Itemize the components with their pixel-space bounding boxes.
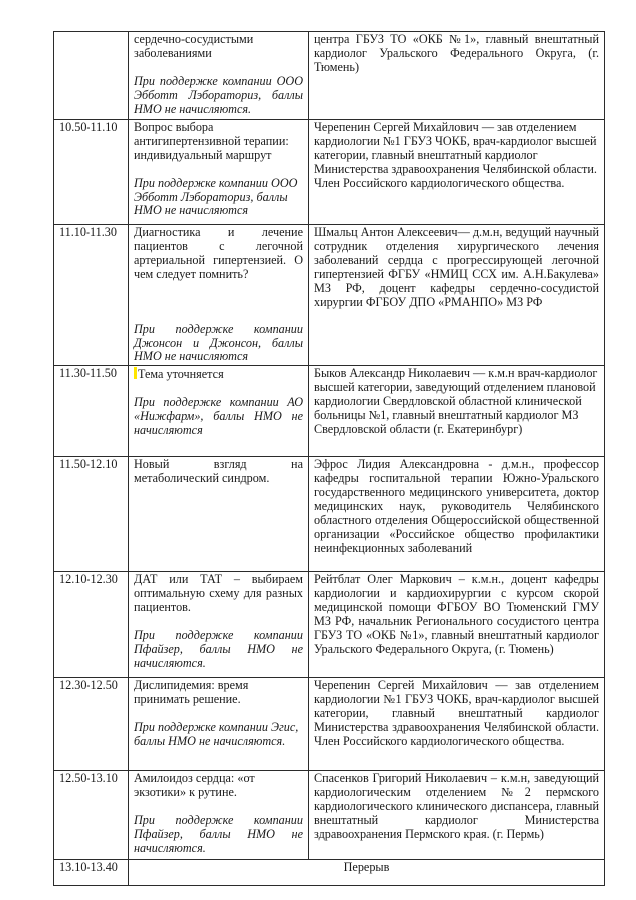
topic-cell: Диагностика и лечение пациентов с легочн…: [129, 225, 309, 366]
sponsor-note: При поддержке компании Джонсон и Джонсон…: [134, 323, 303, 365]
speaker-info: Быков Александр Николаевич — к.м.н врач-…: [314, 367, 599, 437]
time-cell: [54, 32, 129, 120]
table-row: 11.10-11.30 Диагностика и лечение пациен…: [54, 225, 605, 366]
time-cell: 11.50-12.10: [54, 457, 129, 572]
topic-cell: ДАТ или ТАТ – выбираем оптимальную схему…: [129, 572, 309, 678]
speaker-info: Рейтблат Олег Маркович – к.м.н., доцент …: [314, 573, 599, 656]
text-highlight-marker: [134, 367, 137, 379]
topic-title: Амилоидоз сердца: «от экзотики» к рутине…: [134, 772, 303, 800]
speaker-cell: Быков Александр Николаевич — к.м.н врач-…: [309, 366, 605, 457]
speaker-cell: Рейтблат Олег Маркович – к.м.н., доцент …: [309, 572, 605, 678]
topic-title: ДАТ или ТАТ – выбираем оптимальную схему…: [134, 573, 303, 615]
speaker-info: Спасенков Григорий Николаевич – к.м.н, з…: [314, 772, 599, 842]
speaker-cell: Шмальц Антон Алексеевич— д.м.н, ведущий …: [309, 225, 605, 366]
speaker-info: Шмальц Антон Алексеевич— д.м.н, ведущий …: [314, 226, 599, 309]
topic-cell: Новый взгляд на метаболический синдром.: [129, 457, 309, 572]
break-label: Перерыв: [129, 860, 605, 886]
topic-title: Тема уточняется: [134, 367, 303, 382]
sponsor-note: При поддержке компании ООО Эбботт Лэбора…: [134, 75, 303, 117]
table-row: 11.30-11.50 Тема уточняется При поддержк…: [54, 366, 605, 457]
time-cell: 11.10-11.30: [54, 225, 129, 366]
program-table: сердечно-сосудистыми заболеваниями При п…: [53, 31, 605, 886]
table-row: 12.10-12.30 ДАТ или ТАТ – выбираем оптим…: [54, 572, 605, 678]
sponsor-note: При поддержке компании Пфайзер, баллы НМ…: [134, 629, 303, 671]
table-row: 12.30-12.50 Дислипидемия: время принимат…: [54, 678, 605, 771]
speaker-cell: центра ГБУЗ ТО «ОКБ №1», главный внештат…: [309, 32, 605, 120]
time-cell: 13.10-13.40: [54, 860, 129, 886]
topic-title: Дислипидемия: время принимать решение.: [134, 679, 303, 707]
time-cell: 12.50-13.10: [54, 771, 129, 860]
topic-cell: Амилоидоз сердца: «от экзотики» к рутине…: [129, 771, 309, 860]
table-row: 12.50-13.10 Амилоидоз сердца: «от экзоти…: [54, 771, 605, 860]
time-cell: 11.30-11.50: [54, 366, 129, 457]
sponsor-note: При поддержке компании Эгис, баллы НМО н…: [134, 721, 303, 749]
sponsor-note: При поддержке компании Пфайзер, баллы НМ…: [134, 814, 303, 856]
speaker-info: центра ГБУЗ ТО «ОКБ №1», главный внештат…: [314, 33, 599, 75]
speaker-info: Черепенин Сергей Михайлович — зав отделе…: [314, 679, 599, 749]
sponsor-note: При поддержке компании АО «Нижфарм», бал…: [134, 396, 303, 438]
document-page: сердечно-сосудистыми заболеваниями При п…: [0, 0, 636, 900]
speaker-cell: Черепенин Сергей Михайлович — зав отделе…: [309, 120, 605, 225]
topic-cell: Вопрос выбора антигипертензивной терапии…: [129, 120, 309, 225]
topic-cell: Дислипидемия: время принимать решение. П…: [129, 678, 309, 771]
speaker-cell: Эфрос Лидия Александровна - д.м.н., проф…: [309, 457, 605, 572]
topic-title: Новый взгляд на метаболический синдром.: [134, 458, 303, 486]
speaker-info: Черепенин Сергей Михайлович — зав отделе…: [314, 121, 599, 191]
topic-cell: Тема уточняется При поддержке компании А…: [129, 366, 309, 457]
speaker-cell: Черепенин Сергей Михайлович — зав отделе…: [309, 678, 605, 771]
table-row: 10.50-11.10 Вопрос выбора антигипертензи…: [54, 120, 605, 225]
topic-title: Диагностика и лечение пациентов с легочн…: [134, 226, 303, 282]
sponsor-note: При поддержке компании ООО Эбботт Лэбора…: [134, 177, 303, 219]
table-row: сердечно-сосудистыми заболеваниями При п…: [54, 32, 605, 120]
time-cell: 12.30-12.50: [54, 678, 129, 771]
topic-cell: сердечно-сосудистыми заболеваниями При п…: [129, 32, 309, 120]
speaker-cell: Спасенков Григорий Николаевич – к.м.н, з…: [309, 771, 605, 860]
time-cell: 12.10-12.30: [54, 572, 129, 678]
table-row: 11.50-12.10 Новый взгляд на метаболическ…: [54, 457, 605, 572]
break-row: 13.10-13.40 Перерыв: [54, 860, 605, 886]
topic-title-text: Тема уточняется: [138, 367, 224, 381]
speaker-info: Эфрос Лидия Александровна - д.м.н., проф…: [314, 458, 599, 555]
time-cell: 10.50-11.10: [54, 120, 129, 225]
topic-title: Вопрос выбора антигипертензивной терапии…: [134, 121, 303, 163]
topic-title: сердечно-сосудистыми заболеваниями: [134, 33, 303, 61]
